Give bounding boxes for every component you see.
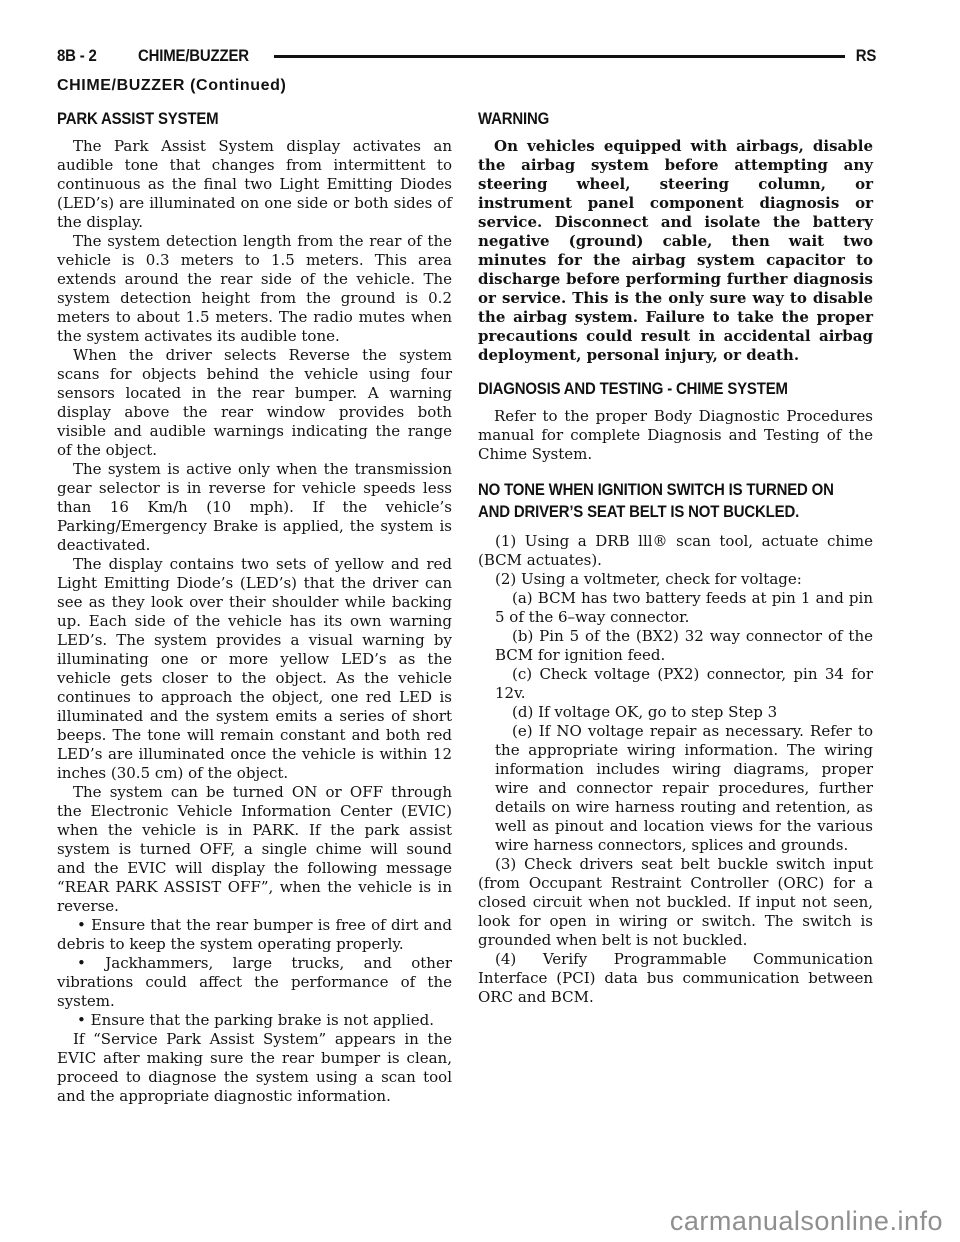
header-rule-divider xyxy=(274,55,845,58)
substep-item: (c) Check voltage (PX2) connector, pin 3… xyxy=(478,665,873,703)
section-heading-park-assist: PARK ASSIST SYSTEM xyxy=(57,110,452,128)
two-column-body: PARK ASSIST SYSTEM The Park Assist Syste… xyxy=(57,110,873,1106)
paragraph: The system is active only when the trans… xyxy=(57,460,452,555)
paragraph: The display contains two sets of yellow … xyxy=(57,555,452,783)
right-column: WARNING On vehicles equipped with airbag… xyxy=(478,110,873,1106)
section-heading-diagnosis: DIAGNOSIS AND TESTING - CHIME SYSTEM xyxy=(478,380,873,398)
substep-item: (b) Pin 5 of the (BX2) 32 way connector … xyxy=(478,627,873,665)
left-column: PARK ASSIST SYSTEM The Park Assist Syste… xyxy=(57,110,452,1106)
bullet-item: • Jackhammers, large trucks, and other v… xyxy=(57,954,452,1011)
section-heading-no-tone: NO TONE WHEN IGNITION SWITCH IS TURNED O… xyxy=(478,479,873,523)
step-item: (1) Using a DRB lll® scan tool, actuate … xyxy=(478,532,873,570)
step-item: (4) Verify Programmable Communication In… xyxy=(478,950,873,1007)
paragraph: If “Service Park Assist System” appears … xyxy=(57,1030,452,1106)
heading-line: NO TONE WHEN IGNITION SWITCH IS TURNED O… xyxy=(478,479,873,501)
bullet-item: • Ensure that the rear bumper is free of… xyxy=(57,916,452,954)
warning-paragraph: On vehicles equipped with airbags, disab… xyxy=(478,137,873,365)
substep-item: (a) BCM has two battery feeds at pin 1 a… xyxy=(478,589,873,627)
watermark-text: carmanualsonline.info xyxy=(670,1206,943,1237)
step-item: (3) Check drivers seat belt buckle switc… xyxy=(478,855,873,950)
paragraph: The system can be turned ON or OFF throu… xyxy=(57,783,452,916)
substep-item: (d) If voltage OK, go to step Step 3 xyxy=(478,703,873,722)
heading-line: AND DRIVER’S SEAT BELT IS NOT BUCKLED. xyxy=(478,501,873,523)
page-header: 8B - 2 CHIME/BUZZER RS xyxy=(57,46,876,66)
step-item: (2) Using a voltmeter, check for voltage… xyxy=(478,570,873,589)
header-model-code: RS xyxy=(853,46,876,66)
substep-item: (e) If NO voltage repair as necessary. R… xyxy=(478,722,873,855)
continued-title: CHIME/BUZZER (Continued) xyxy=(57,77,286,95)
paragraph: The Park Assist System display activates… xyxy=(57,137,452,232)
header-section-title: CHIME/BUZZER xyxy=(138,46,264,66)
page-code: 8B - 2 xyxy=(57,46,102,66)
paragraph: Refer to the proper Body Diagnostic Proc… xyxy=(478,407,873,464)
section-heading-warning: WARNING xyxy=(478,110,873,128)
bullet-item: • Ensure that the parking brake is not a… xyxy=(57,1011,452,1030)
paragraph: The system detection length from the rea… xyxy=(57,232,452,346)
paragraph: When the driver selects Reverse the syst… xyxy=(57,346,452,460)
manual-page: 8B - 2 CHIME/BUZZER RS CHIME/BUZZER (Con… xyxy=(0,0,960,1242)
